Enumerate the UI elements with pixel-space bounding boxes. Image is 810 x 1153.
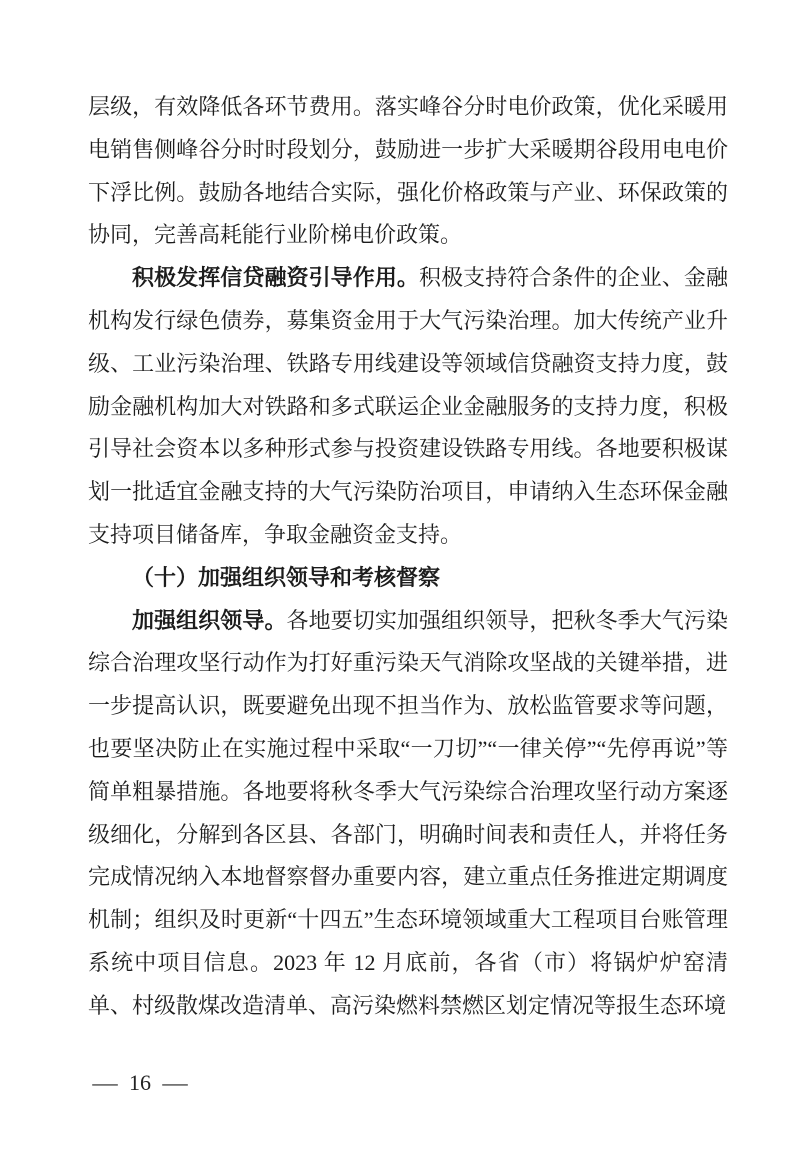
paragraph-text: 积极支持符合条件的企业、金融机构发行绿色债券，募集资金用于大气污染治理。加大传统… bbox=[88, 265, 728, 547]
document-page: 层级，有效降低各环节费用。落实峰谷分时电价政策，优化采暖用电销售侧峰谷分时时段划… bbox=[0, 0, 810, 1153]
paragraph-lead-bold: 加强组织领导。 bbox=[132, 608, 287, 633]
page-footer: — 16 — bbox=[94, 1070, 186, 1096]
paragraph-text: 各地要切实加强组织领导，把秋冬季大气污染综合治理攻坚行动作为打好重污染天气消除攻… bbox=[88, 608, 728, 1018]
paragraph-organizational-leadership: 加强组织领导。各地要切实加强组织领导，把秋冬季大气污染综合治理攻坚行动作为打好重… bbox=[88, 600, 728, 1028]
paragraph-lead-bold: 积极发挥信贷融资引导作用。 bbox=[132, 265, 419, 290]
section-heading-ten: （十）加强组织领导和考核督察 bbox=[88, 557, 728, 600]
document-body: 层级，有效降低各环节费用。落实峰谷分时电价政策，优化采暖用电销售侧峰谷分时时段划… bbox=[88, 86, 728, 1028]
paragraph-electricity-pricing: 层级，有效降低各环节费用。落实峰谷分时电价政策，优化采暖用电销售侧峰谷分时时段划… bbox=[88, 86, 728, 257]
footer-right-dash: — bbox=[162, 1070, 187, 1096]
footer-left-dash: — bbox=[92, 1070, 117, 1096]
page-number: 16 bbox=[129, 1070, 151, 1096]
paragraph-credit-financing: 积极发挥信贷融资引导作用。积极支持符合条件的企业、金融机构发行绿色债券，募集资金… bbox=[88, 257, 728, 557]
paragraph-text: 层级，有效降低各环节费用。落实峰谷分时电价政策，优化采暖用电销售侧峰谷分时时段划… bbox=[88, 94, 728, 247]
